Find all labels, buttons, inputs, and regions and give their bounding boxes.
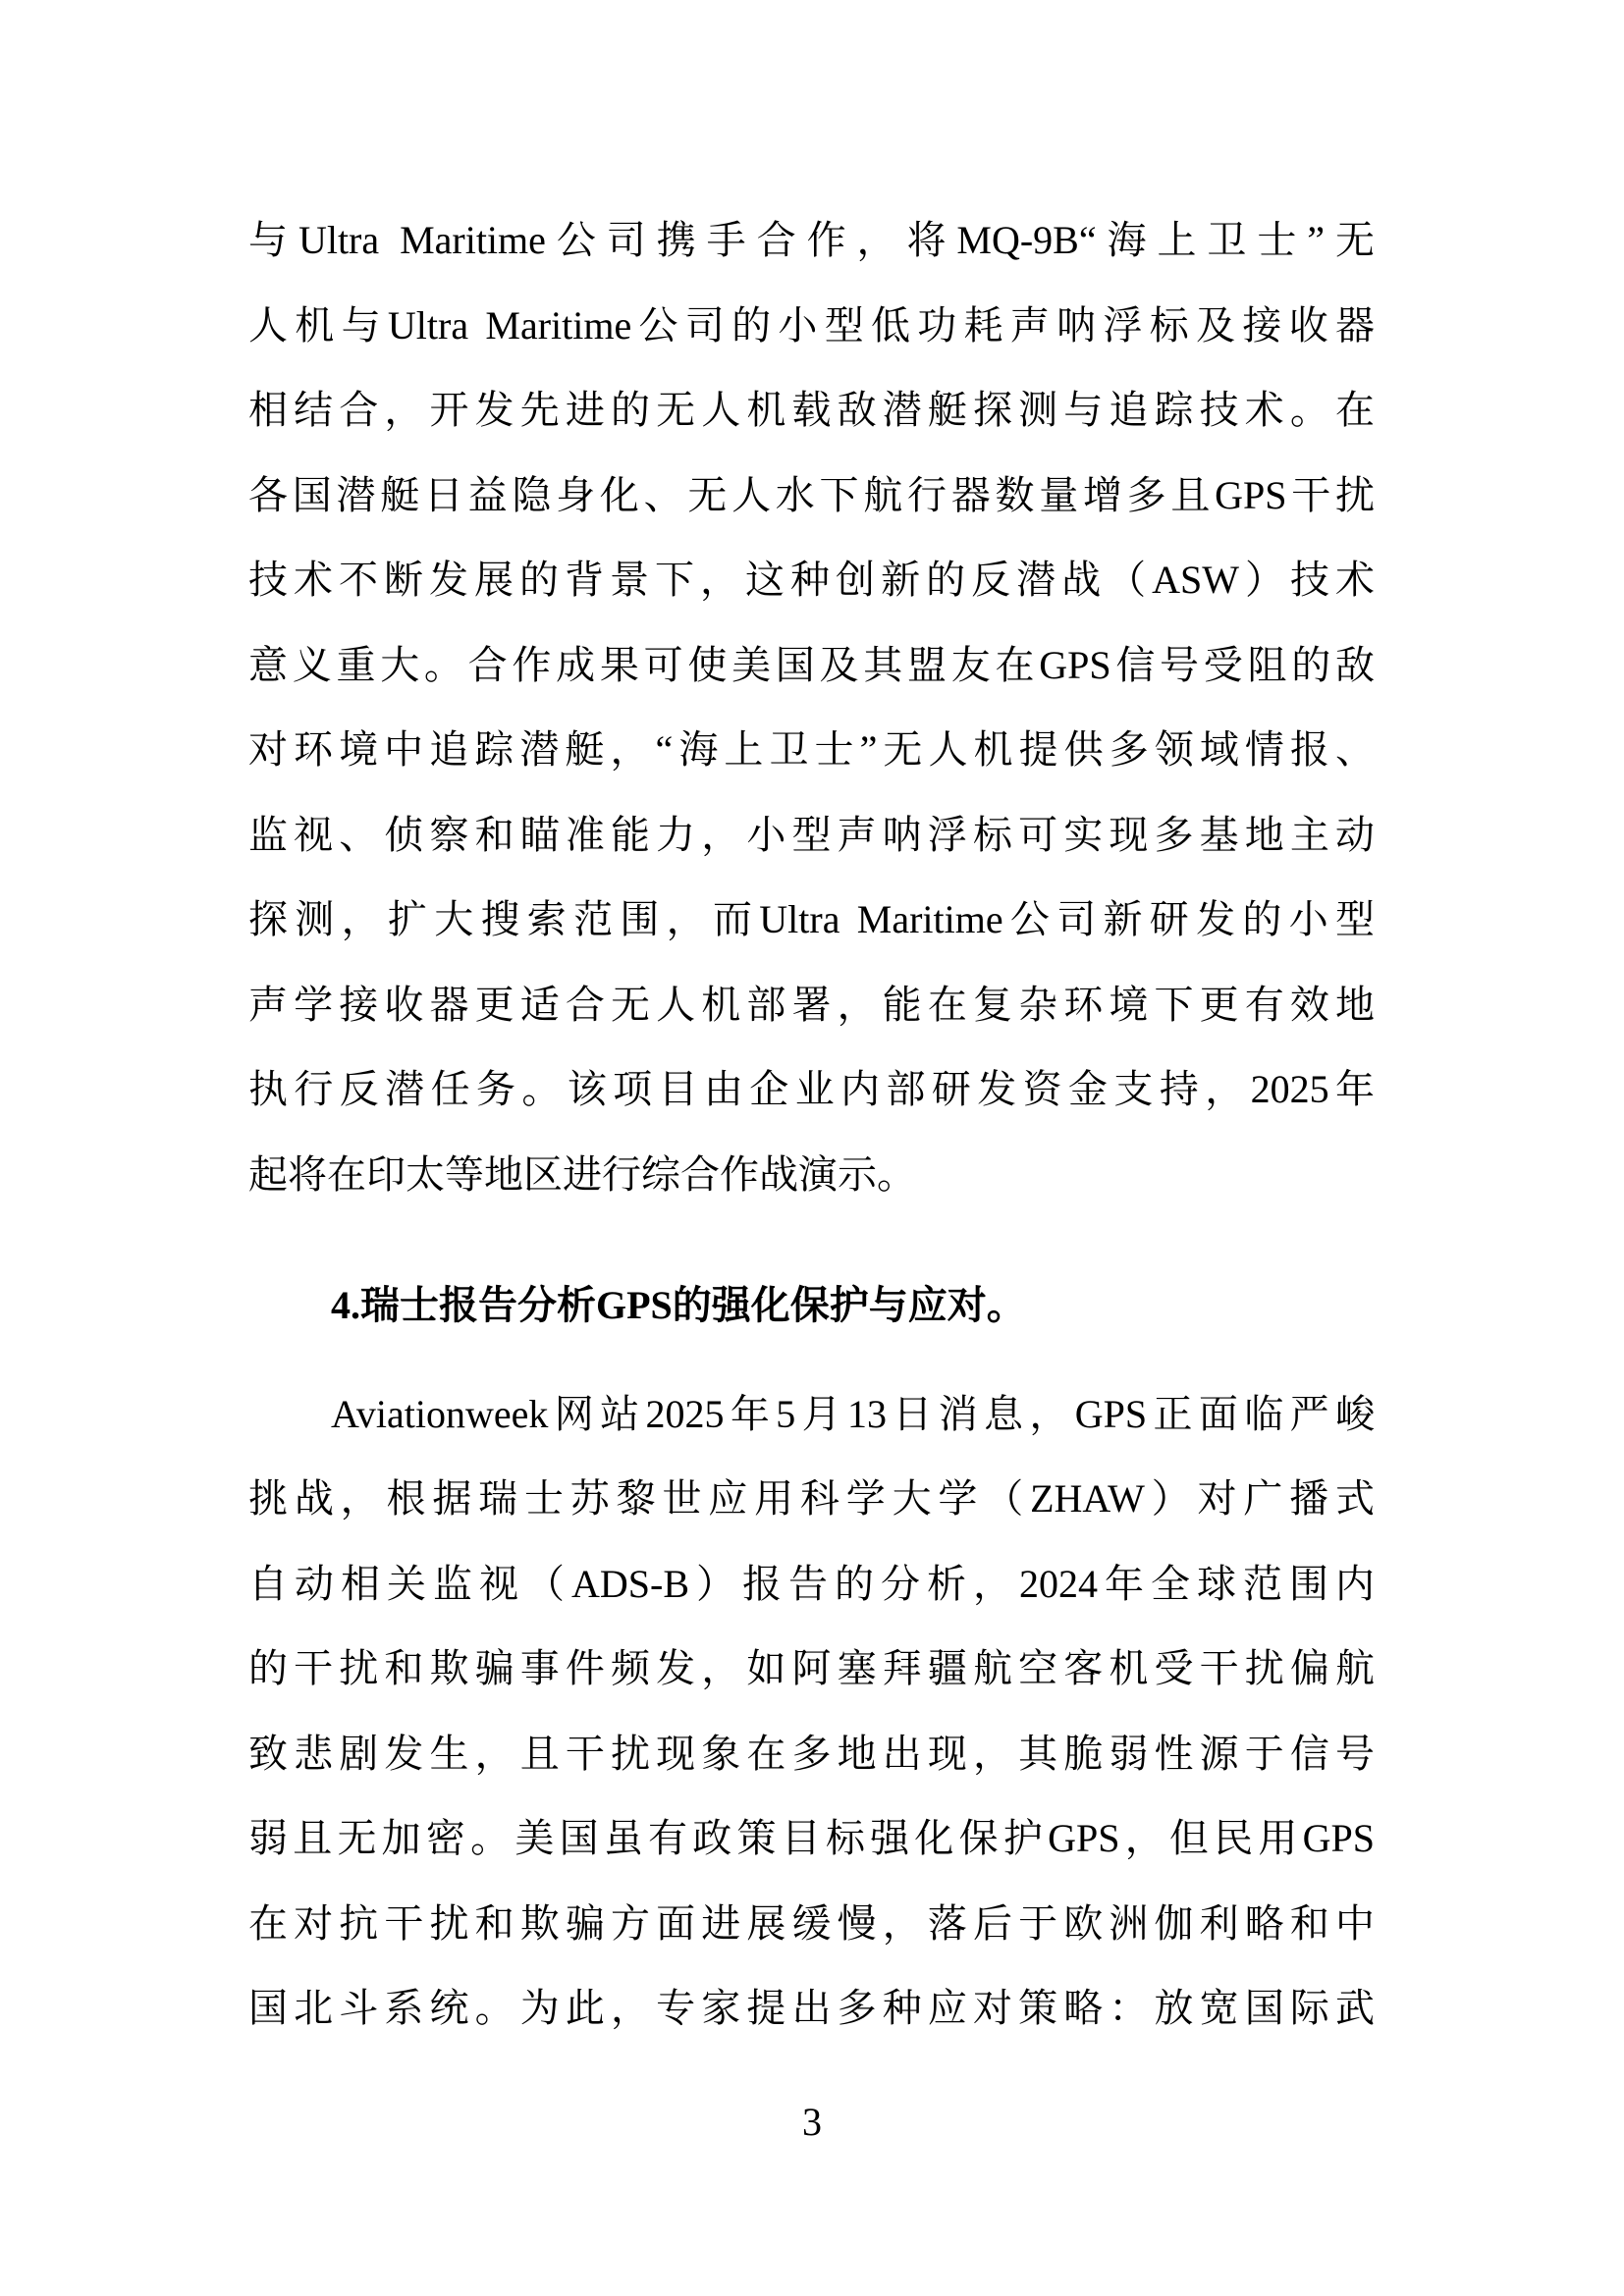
text-line: 起将在印太等地区进行综合作战演示。 — [248, 1133, 1375, 1218]
text-line: 挑战，根据瑞士苏黎世应用科学大学（ZHAW）对广播式 — [248, 1457, 1375, 1542]
text-line: 技术不断发展的背景下，这种创新的反潜战（ASW）技术 — [248, 538, 1375, 623]
page-number: 3 — [802, 2100, 822, 2144]
text-line: 人机与Ultra Maritime公司的小型低功耗声呐浮标及接收器 — [248, 284, 1375, 369]
text-line: 的干扰和欺骗事件频发，如阿塞拜疆航空客机受干扰偏航 — [248, 1627, 1375, 1712]
section-heading-4: 4.瑞士报告分析GPS的强化保护与应对。 — [248, 1263, 1375, 1349]
document-page: 与Ultra Maritime公司携手合作，将MQ-9B“海上卫士”无 人机与U… — [0, 0, 1624, 2296]
paragraph-gps-report: Aviationweek网站2025年5月13日消息，GPS正面临严峻 挑战，根… — [248, 1372, 1375, 2052]
paragraph-asw-cooperation: 与Ultra Maritime公司携手合作，将MQ-9B“海上卫士”无 人机与U… — [248, 198, 1375, 1217]
page-footer: 3 — [0, 2101, 1624, 2144]
text-line: Aviationweek网站2025年5月13日消息，GPS正面临严峻 — [248, 1372, 1375, 1458]
page-content: 与Ultra Maritime公司携手合作，将MQ-9B“海上卫士”无 人机与U… — [248, 198, 1375, 2052]
text-line: 对环境中追踪潜艇，“海上卫士”无人机提供多领域情报、 — [248, 708, 1375, 793]
text-line: 声学接收器更适合无人机部署，能在复杂环境下更有效地 — [248, 963, 1375, 1048]
text-line: 在对抗干扰和欺骗方面进展缓慢，落后于欧洲伽利略和中 — [248, 1882, 1375, 1967]
text-line: 自动相关监视（ADS-B）报告的分析，2024年全球范围内 — [248, 1542, 1375, 1628]
text-line: 国北斗系统。为此，专家提出多种应对策略：放宽国际武 — [248, 1966, 1375, 2052]
text-line: 相结合，开发先进的无人机载敌潜艇探测与追踪技术。在 — [248, 368, 1375, 454]
text-line: 探测，扩大搜索范围，而Ultra Maritime公司新研发的小型 — [248, 878, 1375, 963]
text-line: 弱且无加密。美国虽有政策目标强化保护GPS，但民用GPS — [248, 1796, 1375, 1882]
text-line: 与Ultra Maritime公司携手合作，将MQ-9B“海上卫士”无 — [248, 198, 1375, 284]
text-line: 执行反潜任务。该项目由企业内部研发资金支持，2025年 — [248, 1047, 1375, 1133]
text-line: 监视、侦察和瞄准能力，小型声呐浮标可实现多基地主动 — [248, 793, 1375, 879]
text-line: 意义重大。合作成果可使美国及其盟友在GPS信号受阻的敌 — [248, 623, 1375, 709]
text-line: 各国潜艇日益隐身化、无人水下航行器数量增多且GPS干扰 — [248, 454, 1375, 539]
text-line: 致悲剧发生，且干扰现象在多地出现，其脆弱性源于信号 — [248, 1712, 1375, 1797]
